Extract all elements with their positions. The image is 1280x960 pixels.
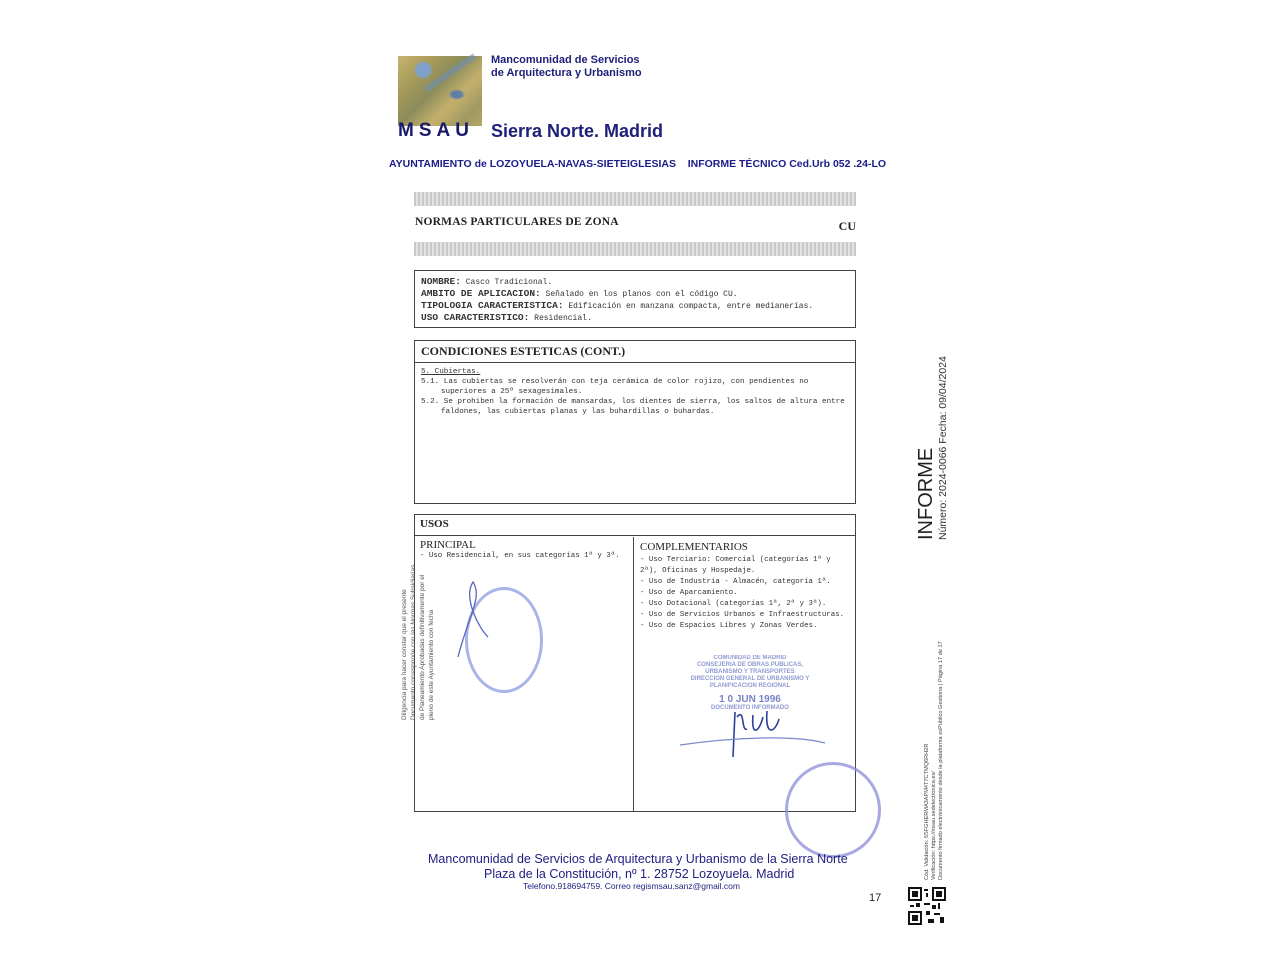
usos-box: USOS PRINCIPAL - Uso Residencial, en sus… (414, 514, 856, 812)
zone-code: CU (839, 219, 856, 234)
conditions-subheading: 5. Cubiertas. (421, 367, 849, 377)
validation-info: Cód. Validación: 5SFGHERMA3APM4T7CTMQ6RH… (924, 600, 954, 880)
complementario-item: - Uso Dotacional (categorías 1ª, 2ª y 3ª… (640, 599, 850, 610)
condition-item: 5.1. Las cubiertas se resolverán con tej… (421, 377, 849, 397)
usos-complementarios-column: COMPLEMENTARIOS - Uso Terciario: Comerci… (635, 537, 855, 811)
doc-number-date: Número: 2024-0066 Fecha: 09/04/2024 (937, 340, 951, 540)
org-name: Mancomunidad de Servicios de Arquitectur… (491, 54, 642, 80)
usos-heading: USOS (415, 515, 855, 536)
info-ambito: AMBITO DE APLICACION: Señalado en los pl… (421, 288, 855, 300)
comunidad-seal-stamp (785, 762, 881, 858)
report-reference: AYUNTAMIENTO de LOZOYUELA-NAVAS-SIETEIGL… (389, 158, 886, 170)
complementario-item: - Uso Terciario: Comercial (categorías 1… (640, 555, 850, 577)
complementario-item: - Uso de Servicios Urbanos e Infraestruc… (640, 610, 850, 621)
condition-item: 5.2. Se prohiben la formación de mansard… (421, 397, 849, 417)
hatch-bar-bottom (414, 242, 856, 256)
footer-address: Plaza de la Constitución, nº 1. 28752 Lo… (484, 867, 794, 881)
stamp-date: 1 0 JUN 1996 (675, 696, 825, 703)
org-name-line1: Mancomunidad de Servicios (491, 54, 642, 67)
qr-code-icon (908, 887, 946, 925)
conditions-heading: CONDICIONES ESTETICAS (CONT.) (415, 341, 855, 363)
page-number: 17 (869, 892, 881, 904)
conditions-box: CONDICIONES ESTETICAS (CONT.) 5. Cubiert… (414, 340, 856, 504)
zone-title: NORMAS PARTICULARES DE ZONA (415, 216, 619, 228)
signature-note: Documento firmado electrónicamente desde… (938, 600, 945, 880)
doc-type-label: INFORME (915, 405, 939, 540)
msau-logo-image (398, 56, 482, 126)
verification-link[interactable]: Verificación: https://msau.sedelectronic… (931, 600, 938, 880)
footer-org: Mancomunidad de Servicios de Arquitectur… (428, 852, 848, 866)
complementarios-title: COMPLEMENTARIOS (635, 537, 855, 553)
info-tipologia: TIPOLOGIA CARACTERISTICA: Edificación en… (421, 300, 855, 312)
org-name-line2: de Arquitectura y Urbanismo (491, 67, 642, 80)
complementario-item: - Uso de Espacios Libres y Zonas Verdes. (640, 621, 850, 632)
scanned-page: NORMAS PARTICULARES DE ZONA CU NOMBRE: C… (410, 188, 860, 828)
complementario-item: - Uso de Aparcamiento. (640, 588, 850, 599)
info-nombre: NOMBRE: Casco Tradicional. (421, 276, 855, 288)
complementario-item: - Uso de Industria - Almacén, categoría … (640, 577, 850, 588)
principal-title: PRINCIPAL (415, 537, 633, 551)
hatch-bar-top (414, 192, 856, 206)
approval-stamp: COMUNIDAD DE MADRID CONSEJERIA DE OBRAS … (675, 655, 825, 712)
info-uso: USO CARACTERISTICO: Residencial. (421, 312, 855, 324)
diligence-note: Diligencia para hacer constar que el pre… (400, 560, 460, 720)
validation-code: Cód. Validación: 5SFGHERMA3APM4T7CTMQ6RH… (924, 600, 931, 880)
logo-letters: MSAU (398, 120, 474, 142)
footer-contact: Telefono.918694759. Correo regismsau.san… (523, 881, 740, 891)
org-region: Sierra Norte. Madrid (491, 121, 663, 142)
zone-info-box: NOMBRE: Casco Tradicional. AMBITO DE APL… (414, 270, 856, 328)
